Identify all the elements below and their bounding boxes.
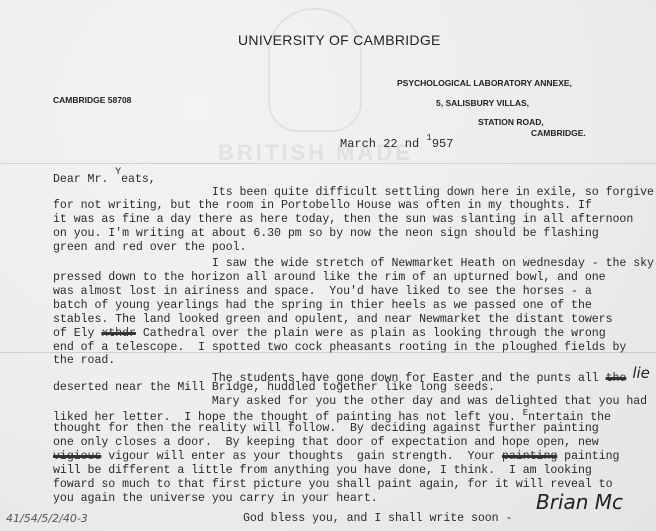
letter-line: Its been quite difficult settling down h…	[53, 186, 656, 199]
archive-reference: 41/54/5/2/40-3	[6, 512, 88, 525]
struck-text: xthdr	[101, 327, 136, 340]
signature: Brian Mc	[536, 490, 623, 514]
letter-line: the road.	[53, 354, 115, 367]
letter-line: will be different a little from anything…	[53, 464, 592, 477]
phone-number: CAMBRIDGE 58708	[53, 95, 131, 105]
letter-line: Mary asked for you the other day and was…	[53, 395, 647, 408]
letter-line: you again the universe you carry in your…	[53, 492, 378, 505]
letter-line: of Ely xthdr Cathedral over the plain we…	[53, 327, 606, 340]
salutation: Dear Mr. Yeats,	[53, 170, 156, 186]
letter-line: thought for then the reality will follow…	[53, 422, 599, 435]
letter-line: deserted near the Mill Bridge, huddled t…	[53, 381, 495, 394]
letter-line: end of a telescope. I spotted two cock p…	[53, 341, 626, 354]
letter-line: for not writing, but the room in Portobe…	[53, 199, 592, 212]
letter-line: foward so much to that first picture you…	[53, 478, 613, 491]
struck-text: the	[606, 372, 627, 385]
letter-line: green and red over the pool.	[53, 241, 246, 254]
address-line: PSYCHOLOGICAL LABORATORY ANNEXE,	[397, 78, 572, 88]
letter-line: batch of young yearlings had the spring …	[53, 299, 592, 312]
letter-date: March 22 nd 1957	[340, 135, 453, 151]
institution-name: UNIVERSITY OF CAMBRIDGE	[238, 32, 441, 48]
letter-line: one only closes a door. By keeping that …	[53, 436, 599, 449]
salutation-correction: Y	[115, 167, 121, 178]
address-line: CAMBRIDGE.	[531, 128, 586, 138]
watermark-crest-icon	[268, 8, 362, 132]
address-line: STATION ROAD,	[478, 117, 544, 127]
letter-line: it was as fine a day there as here today…	[53, 213, 633, 226]
handwritten-correction: lie	[632, 364, 649, 382]
closing-line: God bless you, and I shall write soon -	[243, 512, 512, 525]
struck-text: vigious	[53, 450, 101, 463]
letter-line: I saw the wide stretch of Newmarket Heat…	[53, 257, 654, 270]
struck-text: painting	[502, 450, 557, 463]
letter-line: on you. I'm writing at about 6.30 pm so …	[53, 227, 599, 240]
letter-line: was almost lost in airiness and space. Y…	[53, 285, 592, 298]
date-correction: 1	[426, 133, 431, 143]
letter-line: stables. The land looked green and opule…	[53, 313, 613, 326]
letter-line: vigious vigour will enter as your though…	[53, 450, 619, 463]
letter-page: BRITISH MADE UNIVERSITY OF CAMBRIDGE CAM…	[0, 0, 656, 531]
address-line: 5, SALISBURY VILLAS,	[436, 98, 529, 108]
letter-line: pressed down to the horizon all around l…	[53, 271, 606, 284]
